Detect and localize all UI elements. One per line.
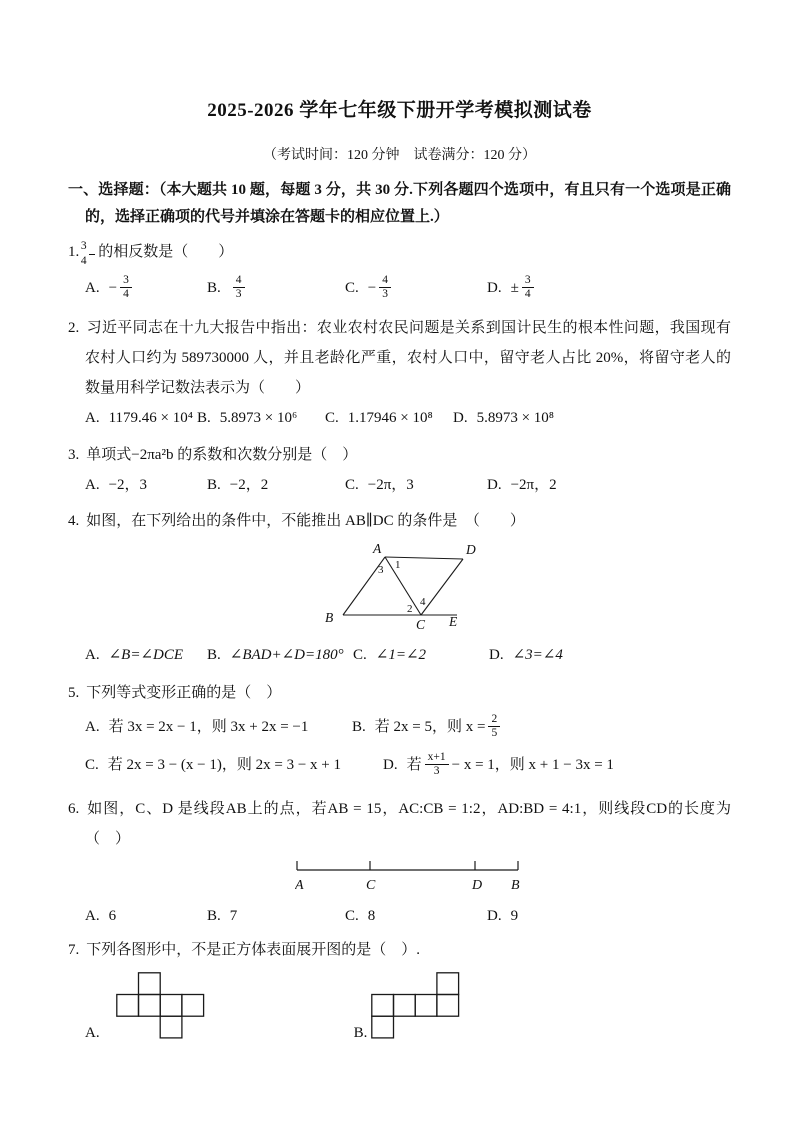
question-5-options-row-2: C.若 2x = 3 − (x − 1)，则 2x = 3 − x + 1 D.… <box>68 746 731 784</box>
option-suffix: − x = 1，则 x + 1 − 3x = 1 <box>452 750 614 780</box>
fraction-numerator: x+1 <box>425 751 449 766</box>
option-label: A. <box>85 712 100 742</box>
option-d: D.±34 <box>487 273 537 303</box>
stem-text: 下列等式变形正确的是（ ） <box>86 685 281 701</box>
fraction-numerator: 3 <box>120 274 132 289</box>
option-label: B. <box>207 273 221 303</box>
option-d: D.9 <box>487 901 518 931</box>
stem-text: 下列各图形中，不是正方体表面展开图的是（ ）. <box>86 942 420 958</box>
question-7: 7.下列各图形中，不是正方体表面展开图的是（ ）. A. B. <box>68 935 731 1039</box>
question-4-stem: 4.如图，在下列给出的条件中，不能推出 AB∥DC 的条件是 （ ） <box>68 506 731 536</box>
cube-net-b <box>371 972 461 1039</box>
option-label: C. <box>345 901 359 931</box>
question-7-stem: 7.下列各图形中，不是正方体表面展开图的是（ ）. <box>68 935 731 965</box>
option-c: C.∠1=∠2 <box>353 640 489 670</box>
angle-label-3: 3 <box>378 564 384 576</box>
option-label: B. <box>207 470 221 500</box>
option-value: ∠B=∠DCE <box>109 640 183 670</box>
option-label: A. <box>85 640 100 670</box>
fraction: 34 <box>89 240 95 269</box>
point-label-d: D <box>471 878 482 893</box>
option-label: A. <box>85 273 100 303</box>
question-6-options: A.6 B.7 C.8 D.9 <box>68 901 731 931</box>
angle-label-1: 1 <box>395 559 401 571</box>
fraction-numerator: 4 <box>379 274 391 289</box>
cube-net-option-b: B. <box>354 972 462 1039</box>
fraction-denominator: 4 <box>522 288 534 302</box>
question-2: 2.习近平同志在十九大报告中指出：农业农村农民问题是关系到国计民生的根本性问题，… <box>68 313 731 433</box>
stem-text: 如图，在下列给出的条件中，不能推出 AB∥DC 的条件是 （ ） <box>86 513 525 529</box>
option-label: C. <box>353 640 367 670</box>
option-value: ∠BAD+∠D=180° <box>230 640 344 670</box>
segment-AC <box>385 557 421 615</box>
question-number: 6. <box>68 801 79 817</box>
option-value: 9 <box>511 901 519 931</box>
option-value: −2π，3 <box>368 470 414 500</box>
option-label: A. <box>85 403 100 433</box>
angle-label-4: 4 <box>420 596 426 608</box>
option-b: B.43 <box>207 273 345 303</box>
exam-info: （考试时间：120 分钟 试卷满分：120 分） <box>68 145 731 167</box>
option-value: 1.17946 × 10⁸ <box>348 403 433 433</box>
stem-text: 习近平同志在十九大报告中指出：农业农村农民问题是关系到国计民生的根本性问题，我国… <box>85 320 731 396</box>
option-sign: ± <box>511 273 519 303</box>
option-d: D.若x+13− x = 1，则 x + 1 − 3x = 1 <box>383 750 614 780</box>
option-label: C. <box>85 750 99 780</box>
option-value: −2，3 <box>109 470 147 500</box>
option-value: 5.8973 × 10⁶ <box>220 403 297 433</box>
question-4: 4.如图，在下列给出的条件中，不能推出 AB∥DC 的条件是 （ ） A D B… <box>68 506 731 670</box>
fraction: 43 <box>233 274 245 303</box>
figure-parallel-lines: A D B C E 3 1 2 4 <box>320 538 540 633</box>
vertex-label-d: D <box>465 542 476 557</box>
option-prefix: 若 <box>407 750 422 780</box>
option-value: 7 <box>230 901 238 931</box>
vertex-label-e: E <box>448 614 458 629</box>
option-label: D. <box>487 470 502 500</box>
option-value: −2π，2 <box>511 470 557 500</box>
vertex-label-b: B <box>325 610 333 625</box>
fraction-denominator: 3 <box>379 288 391 302</box>
question-3-stem: 3.单项式−2πa²b 的系数和次数分别是（ ） <box>68 440 731 470</box>
option-value: 若 3x = 2x − 1，则 3x + 2x = −1 <box>109 712 309 742</box>
question-number: 5. <box>68 685 79 701</box>
vertex-label-a: A <box>372 541 382 556</box>
option-value: 若 2x = 3 − (x − 1)，则 2x = 3 − x + 1 <box>108 750 341 780</box>
fraction: x+13 <box>425 751 449 780</box>
question-6: 6.如图，C、D 是线段AB上的点，若AB = 15，AC:CB = 1:2，A… <box>68 794 731 931</box>
option-b: B.5.8973 × 10⁶ <box>197 403 325 433</box>
question-7-figures: A. B. <box>68 967 731 1039</box>
option-a: A.−2，3 <box>85 470 207 500</box>
question-number: 4. <box>68 513 79 529</box>
option-c: C.若 2x = 3 − (x − 1)，则 2x = 3 − x + 1 <box>85 750 383 780</box>
fraction-numerator: 2 <box>488 713 500 728</box>
option-label: D. <box>453 403 468 433</box>
fraction: 43 <box>379 274 391 303</box>
fraction: 34 <box>522 274 534 303</box>
question-2-stem: 2.习近平同志在十九大报告中指出：农业农村农民问题是关系到国计民生的根本性问题，… <box>68 313 731 403</box>
question-number: 1. <box>68 244 79 260</box>
option-value: ∠3=∠4 <box>513 640 563 670</box>
question-5-options-row-1: A.若 3x = 2x − 1，则 3x + 2x = −1 B.若 2x = … <box>68 708 731 746</box>
exam-paper-page: 2025-2026 学年七年级下册开学考模拟测试卷 （考试时间：120 分钟 试… <box>0 0 793 1122</box>
option-label: B. <box>207 901 221 931</box>
option-value: −2，2 <box>230 470 268 500</box>
option-a: A.∠B=∠DCE <box>85 640 207 670</box>
option-value: 若 2x = 5，则 x = <box>375 712 486 742</box>
question-number: 3. <box>68 447 79 463</box>
question-5: 5.下列等式变形正确的是（ ） A.若 3x = 2x − 1，则 3x + 2… <box>68 678 731 784</box>
option-label: D. <box>487 901 502 931</box>
question-4-options: A.∠B=∠DCE B.∠BAD+∠D=180° C.∠1=∠2 D.∠3=∠4 <box>68 640 731 670</box>
option-a: A.1179.46 × 10⁴ <box>85 403 197 433</box>
question-number: 7. <box>68 942 79 958</box>
option-label: D. <box>383 750 398 780</box>
fraction-numerator: 3 <box>522 274 534 289</box>
option-b: B.∠BAD+∠D=180° <box>207 640 353 670</box>
option-d: D.5.8973 × 10⁸ <box>453 403 554 433</box>
figure-line-segment: A C D B <box>295 856 525 896</box>
figure-label: A. <box>85 1025 100 1042</box>
point-label-b: B <box>511 878 520 893</box>
question-1-stem: 1.34的相反数是（ ） <box>68 237 731 269</box>
question-5-stem: 5.下列等式变形正确的是（ ） <box>68 678 731 708</box>
option-a: A.6 <box>85 901 207 931</box>
option-value: 6 <box>109 901 117 931</box>
option-label: C. <box>325 403 339 433</box>
vertex-label-c: C <box>416 617 426 632</box>
angle-label-2: 2 <box>407 603 413 615</box>
option-d: D.−2π，2 <box>487 470 557 500</box>
option-a: A.−34 <box>85 273 207 303</box>
point-label-a: A <box>295 878 304 893</box>
option-label: C. <box>345 470 359 500</box>
option-value: 8 <box>368 901 376 931</box>
segment-CD <box>421 559 463 615</box>
stem-text: 如图，C、D 是线段AB上的点，若AB = 15，AC:CB = 1:2，AD:… <box>85 801 731 847</box>
option-b: B.若 2x = 5，则 x =25 <box>352 712 503 742</box>
option-c: C.−43 <box>345 273 487 303</box>
option-b: B.−2，2 <box>207 470 345 500</box>
page-title: 2025-2026 学年七年级下册开学考模拟测试卷 <box>68 97 731 125</box>
option-label: B. <box>352 712 366 742</box>
option-sign: − <box>109 273 117 303</box>
option-c: C.8 <box>345 901 487 931</box>
option-b: B.7 <box>207 901 345 931</box>
question-number: 2. <box>68 320 79 336</box>
option-sign: − <box>368 273 376 303</box>
option-label: B. <box>197 403 211 433</box>
question-3: 3.单项式−2πa²b 的系数和次数分别是（ ） A.−2，3 B.−2，2 C… <box>68 440 731 500</box>
fraction-numerator: 4 <box>233 274 245 289</box>
option-label: A. <box>85 470 100 500</box>
option-c: C.1.17946 × 10⁸ <box>325 403 453 433</box>
point-label-c: C <box>366 878 376 893</box>
option-c: C.−2π，3 <box>345 470 487 500</box>
option-value: 5.8973 × 10⁸ <box>477 403 554 433</box>
fraction-denominator: 3 <box>233 288 245 302</box>
option-label: D. <box>489 640 504 670</box>
option-label: D. <box>487 273 502 303</box>
option-value: ∠1=∠2 <box>376 640 426 670</box>
option-value: 1179.46 × 10⁴ <box>109 403 193 433</box>
option-a: A.若 3x = 2x − 1，则 3x + 2x = −1 <box>85 712 352 742</box>
question-1: 1.34的相反数是（ ） A.−34 B.43 C.−43 D.±34 <box>68 237 731 307</box>
cube-net-option-a: A. <box>85 972 206 1039</box>
fraction-denominator: 4 <box>89 255 95 269</box>
fraction: 25 <box>488 713 500 742</box>
figure-label: B. <box>354 1025 368 1042</box>
option-d: D.∠3=∠4 <box>489 640 563 670</box>
option-label: A. <box>85 901 100 931</box>
fraction: 34 <box>120 274 132 303</box>
question-1-options: A.−34 B.43 C.−43 D.±34 <box>68 269 731 307</box>
question-6-stem: 6.如图，C、D 是线段AB上的点，若AB = 15，AC:CB = 1:2，A… <box>68 794 731 854</box>
fraction-denominator: 5 <box>488 727 500 741</box>
option-label: B. <box>207 640 221 670</box>
question-3-options: A.−2，3 B.−2，2 C.−2π，3 D.−2π，2 <box>68 470 731 500</box>
question-2-options: A.1179.46 × 10⁴ B.5.8973 × 10⁶ C.1.17946… <box>68 403 731 433</box>
stem-text: 单项式−2πa²b 的系数和次数分别是（ ） <box>86 447 357 463</box>
cube-net-a <box>116 972 206 1039</box>
fraction-numerator: 3 <box>89 240 95 255</box>
fraction-denominator: 3 <box>425 765 449 779</box>
option-label: C. <box>345 273 359 303</box>
fraction-denominator: 4 <box>120 288 132 302</box>
stem-text: 的相反数是（ ） <box>98 244 233 260</box>
section-heading: 一、选择题：（本大题共 10 题，每题 3 分，共 30 分.下列各题四个选项中… <box>68 177 731 231</box>
